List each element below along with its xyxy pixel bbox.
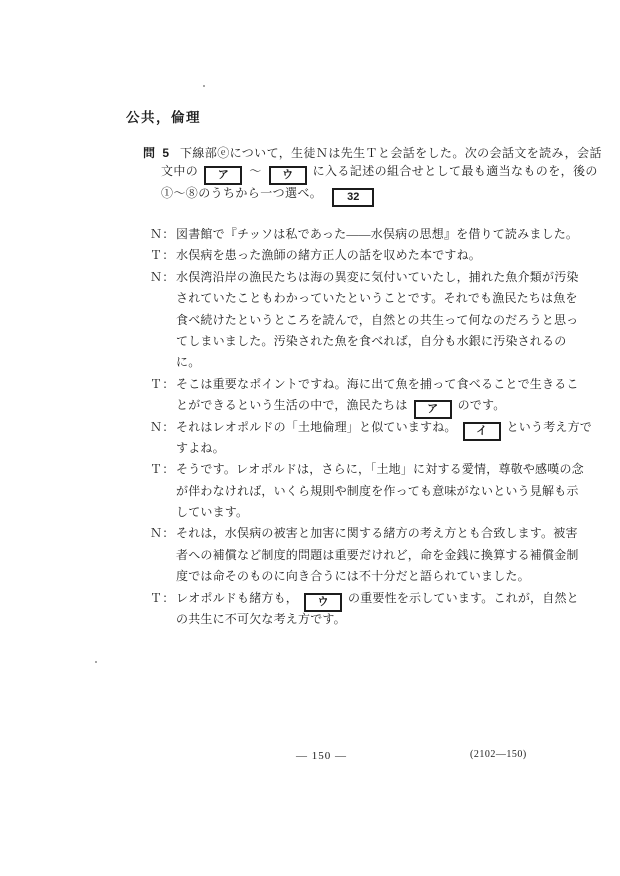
- dialogue-line: Ｎ：図書館で『チッソは私であった――水俣病の思想』を借りて読みました。: [150, 224, 590, 245]
- dialogue-line: てしまいました。汚染された魚を食べれば，自分も水銀に汚染されるの: [150, 331, 590, 352]
- dialogue-line: されていたこともわかっていたということです。それでも漁民たちは魚を: [150, 288, 590, 309]
- speaker-label: Ｎ：: [150, 224, 176, 245]
- dialogue-text: それは，水俣病の被害と加害に関する緒方の考え方とも合致します。被害: [176, 526, 578, 540]
- dialogue-line: しています。: [150, 502, 590, 523]
- question-line-1: 問 5下線部ⓔについて，生徒Ｎは先生Ｔと会話をした。次の会話文を読み，会話: [143, 144, 602, 161]
- dialogue-text: の重要性を示しています。これが，自然と: [348, 591, 579, 605]
- dialogue-line: すよね。: [150, 438, 590, 459]
- dialogue-text: が伴わなければ，いくら規則や制度を作っても意味がないという見解も示: [176, 484, 579, 498]
- dialogue-line: 食べ続けたというところを読んで，自然との共生って何なのだろうと思っ: [150, 310, 590, 331]
- dialogue-text: のです。: [458, 398, 506, 412]
- question-line-3: ①～⑧のうちから一つ選べ。32: [161, 184, 380, 207]
- dialogue-text: そこは重要なポイントですね。海に出て魚を捕って食べることで生きるこ: [176, 377, 579, 391]
- speaker-label: Ｎ：: [150, 523, 176, 544]
- dialogue-text: 図書館で『チッソは私であった――水俣病の思想』を借りて読みました。: [176, 227, 578, 241]
- speaker-label: Ｔ：: [150, 588, 176, 609]
- dialogue-line: Ｎ：それはレオポルドの「土地倫理」と似ていますね。イという考え方で: [150, 417, 590, 438]
- dialogue-text: 者への補償など制度的問題は重要だけれど，命を金銭に換算する補償金制: [176, 548, 579, 562]
- dialogue-text: そうです。レオポルドは，さらに，「土地」に対する愛情，尊敬や感嘆の念: [176, 462, 584, 476]
- dialogue-text: という考え方で: [507, 420, 592, 434]
- question-text-1: 下線部ⓔについて，生徒Ｎは先生Ｔと会話をした。次の会話文を読み，会話: [180, 146, 602, 160]
- speaker-label: Ｎ：: [150, 267, 176, 288]
- dialogue-text: それはレオポルドの「土地倫理」と似ていますね。: [176, 420, 457, 434]
- dialogue-line: Ｔ：水俣病を患った漁師の緒方正人の話を収めた本ですね。: [150, 245, 590, 266]
- dialogue-line: Ｔ：そこは重要なポイントですね。海に出て魚を捕って食べることで生きるこ: [150, 374, 590, 395]
- dialogue-text: 水俣病を患った漁師の緒方正人の話を収めた本ですね。: [176, 248, 481, 262]
- scan-speck: [203, 85, 205, 87]
- dialogue-line: Ｔ：レオポルドも緒方も，ウの重要性を示しています。これが，自然と: [150, 588, 590, 609]
- speaker-label: Ｔ：: [150, 459, 176, 480]
- speaker-label: Ｔ：: [150, 245, 176, 266]
- question-text-3: ①～⑧のうちから一つ選べ。: [161, 186, 322, 200]
- tilde-mark: ～: [249, 164, 261, 178]
- dialogue-text: 度では命そのものに向き合うには不十分だと語られていました。: [176, 569, 530, 583]
- dialogue-line: Ｎ：それは，水俣病の被害と加害に関する緒方の考え方とも合致します。被害: [150, 523, 590, 544]
- scan-speck: [95, 661, 97, 663]
- speaker-label: Ｎ：: [150, 417, 176, 438]
- dialogue-line: Ｔ：そうです。レオポルドは，さらに，「土地」に対する愛情，尊敬や感嘆の念: [150, 459, 590, 480]
- dialogue-text: しています。: [176, 505, 248, 519]
- dialogue-text: レオポルドも緒方も，: [176, 591, 298, 605]
- dialogue-line: に。: [150, 352, 590, 373]
- dialogue-text: 水俣湾沿岸の漁民たちは海の異変に気付いていたし，捕れた魚介類が汚染: [176, 270, 579, 284]
- section-title: 公共，倫理: [126, 106, 201, 126]
- dialogue-line: とができるという生活の中で，漁民たちはアのです。: [150, 395, 590, 416]
- page-number: — 150 —: [296, 750, 347, 762]
- answer-number-box: 32: [332, 188, 374, 207]
- dialogue-line: Ｎ：水俣湾沿岸の漁民たちは海の異変に気付いていたし，捕れた魚介類が汚染: [150, 267, 590, 288]
- blank-box-a: ア: [204, 166, 242, 185]
- speaker-label: Ｔ：: [150, 374, 176, 395]
- dialogue-text: 食べ続けたというところを読んで，自然との共生って何なのだろうと思っ: [176, 313, 578, 327]
- question-text-2a: 文中の: [161, 164, 198, 178]
- dialogue-line: 者への補償など制度的問題は重要だけれど，命を金銭に換算する補償金制: [150, 545, 590, 566]
- dialogue-line: が伴わなければ，いくら規則や制度を作っても意味がないという見解も示: [150, 481, 590, 502]
- question-line-2: 文中のア～ウに入る記述の組合せとして最も適当なものを，後の: [161, 162, 598, 185]
- dialogue-line: 度では命そのものに向き合うには不十分だと語られていました。: [150, 566, 590, 587]
- print-code: (2102—150): [470, 749, 527, 760]
- question-number: 問 5: [143, 146, 171, 160]
- dialogue-text: されていたこともわかっていたということです。それでも漁民たちは魚を: [176, 291, 578, 305]
- dialogue-text: に。: [176, 355, 200, 369]
- blank-box-i-inline: イ: [463, 422, 501, 441]
- question-text-2b: に入る記述の組合せとして最も適当なものを，後の: [313, 164, 598, 178]
- dialogue-text: の共生に不可欠な考え方です。: [176, 612, 346, 626]
- dialogue-text: てしまいました。汚染された魚を食べれば，自分も水銀に汚染されるの: [176, 334, 566, 348]
- dialogue: Ｎ：図書館で『チッソは私であった――水俣病の思想』を借りて読みました。 Ｔ：水俣…: [150, 224, 590, 630]
- dialogue-line: の共生に不可欠な考え方です。: [150, 609, 590, 630]
- dialogue-text: すよね。: [176, 441, 225, 455]
- blank-box-u: ウ: [269, 166, 307, 185]
- dialogue-text: とができるという生活の中で，漁民たちは: [176, 398, 408, 412]
